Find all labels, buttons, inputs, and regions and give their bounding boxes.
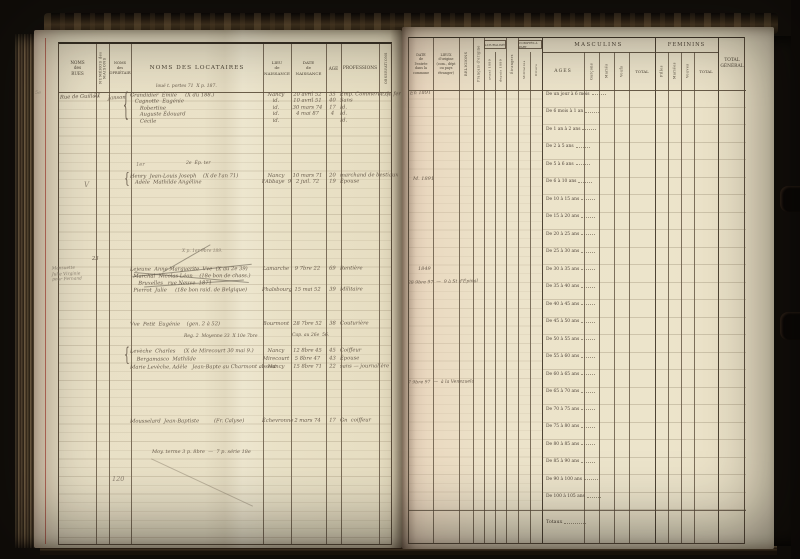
age-bracket-label: De 90 à 100 ans (546, 477, 582, 482)
header-comptes-divers: Divers (530, 50, 542, 90)
age-bracket-row: De 100 à 105 ans (542, 493, 746, 511)
header-religions: RELIGIONS (459, 40, 473, 88)
header-mariees: Mariées (668, 54, 681, 88)
age-bracket-row: De 65 à 70 ans (542, 388, 746, 406)
header-professions: PROFESSIONS (341, 44, 379, 92)
dotted-leader (581, 232, 595, 236)
birthdate-cell: 2 juil. 72 (290, 179, 325, 186)
age-bracket-label: De 85 à 90 ans (546, 459, 579, 464)
dotted-leader (581, 442, 595, 446)
red-margin-rule (45, 38, 46, 544)
age-bracket-label: De 55 à 60 ans (546, 354, 579, 359)
dotted-leader (581, 459, 595, 463)
header-masculins: MASCULINS (542, 38, 655, 52)
birthplace-cell: Échevronne (262, 418, 290, 425)
profession-cell: sans — journalière (340, 364, 392, 372)
age-bracket-row: De 25 à 30 ans (542, 248, 746, 266)
age-bracket-label: De 30 à 35 ans (546, 267, 579, 272)
age-bracket-row: De 2 à 5 ans (542, 143, 746, 161)
dotted-leader (581, 249, 595, 253)
age-cell (325, 117, 340, 123)
right-page: DATE de l'entrée dans la commune LIEUX d… (402, 27, 774, 549)
street-pencil-note: Mansuette Julie Virginie pour Fernand (52, 265, 82, 283)
tenant-name-cell: Mousselard Jean-Baptiste (Fr. Calyse) (130, 418, 262, 425)
header-naturalises-group: NATURALISÉS (484, 40, 506, 49)
dotted-leader (587, 494, 601, 498)
age-bracket-label: De 65 à 70 ans (546, 389, 579, 394)
tenant-row: Vve Petit Eugénie (gen. 2 à 52) Bourmont… (130, 320, 392, 328)
age-bracket-label: De un jour à 6 mois (546, 92, 590, 97)
header-naturalises-depuis: depuis 1889 (495, 50, 506, 90)
age-bracket-label: De 40 à 45 ans (546, 302, 579, 307)
age-cell: 43 (325, 356, 340, 364)
dotted-leader (585, 109, 599, 113)
dotted-leader (576, 144, 590, 148)
birthdate-cell: 28 7bre 52 (290, 321, 325, 328)
margin-annotation: Reg. 2 Moyenne 33 X 10e 7bre (184, 334, 258, 340)
birthdate-cell: 15 mai 52 (290, 286, 325, 293)
age-bracket-label: De 70 à 75 ans (546, 407, 579, 412)
header-feminins: FEMININS (655, 38, 718, 52)
age-bracket-row: De 35 à 40 ans (542, 283, 746, 301)
right-table: DATE de l'entrée dans la commune LIEUX d… (408, 37, 745, 544)
header-comptes-group: COMPTÉS À PART (518, 40, 542, 49)
header-noms-proprietaires: NOMS des PROPRIÉTAIRES (109, 44, 131, 92)
age-cell: 17 (325, 418, 340, 424)
margin-annotation: 1er (136, 162, 145, 168)
header-maries: Mariés (599, 54, 614, 88)
book-clasp-bottom (780, 312, 800, 340)
age-bracket-row: De 20 à 25 ans (542, 230, 746, 248)
dotted-leader (592, 92, 606, 96)
tenant-row: Cécile id. Id. (130, 117, 392, 125)
age-bracket-label: De 75 à 80 ans (546, 424, 579, 429)
age-bracket-row: De 10 à 15 ans (542, 195, 746, 213)
profession-cell: Id. (340, 117, 392, 124)
dotted-leader (578, 179, 592, 183)
age-bracket-label: De 20 à 25 ans (546, 232, 579, 237)
dotted-leader (581, 337, 595, 341)
check-mark: V (84, 182, 89, 188)
header-numeros-maisons: NUMÉROS des MAISONS (96, 46, 109, 90)
age-cell: 38 (325, 321, 340, 327)
age-bracket-row: De 30 à 35 ans (542, 265, 746, 283)
age-bracket-row: De 15 à 20 ans (542, 213, 746, 231)
header-total-masculins: TOTAL (629, 52, 655, 90)
age-bracket-label: De 6 mois à 1 an (546, 109, 583, 114)
header-garcons: Garçons (584, 54, 599, 88)
gutter-shadow (390, 27, 416, 549)
dotted-leader (582, 127, 596, 131)
family-block: Levèche Charles (X de Mirecourt 30 mai 9… (130, 347, 392, 373)
dotted-leader (584, 477, 598, 481)
age-bracket-label: De 35 à 40 ans (546, 284, 579, 289)
age-bracket-label: De 45 à 50 ans (546, 319, 579, 324)
header-lieu-naissance: LIEU de NAISSANCE (263, 44, 291, 92)
age-bracket-row: De 6 mois à 1 an (542, 108, 746, 126)
age-bracket-row: De 40 à 45 ans (542, 300, 746, 318)
family-block: Vve Petit Eugénie (gen. 2 à 52) Bourmont… (130, 320, 392, 328)
book-cover-edge (791, 0, 800, 559)
birthplace-cell: Nancy (262, 348, 290, 356)
totals-row: Totaux (546, 520, 586, 525)
family-brace: { (124, 171, 130, 188)
age-bracket-row: De 1 an à 2 ans (542, 125, 746, 143)
age-bracket-rows: De un jour à 6 mois De 6 mois à 1 an De … (542, 90, 746, 510)
header-age: AGE (326, 44, 341, 92)
age-bracket-row: De 55 à 60 ans (542, 353, 746, 371)
birthplace-cell: Phalsbourg (262, 287, 290, 294)
header-ages: AGES (542, 52, 584, 90)
header-comptes-militaires: Militaires (518, 50, 530, 90)
house-number-entry: 21 (94, 93, 101, 99)
age-cell: 19 (325, 179, 340, 185)
dotted-leader (581, 284, 595, 288)
corner-mark: 5e (35, 90, 41, 96)
margin-annotation: Cap. au 26e 56. (292, 333, 329, 339)
totals-separator (409, 510, 746, 511)
age-cell: 39 (325, 286, 340, 293)
dotted-leader (576, 162, 590, 166)
dotted-leader (581, 354, 595, 358)
dotted-leader (564, 520, 586, 524)
margin-annotation: 2e Ép. ter (186, 161, 211, 167)
profession-cell: Militaire (340, 286, 392, 293)
tenant-row: Mousselard Jean-Baptiste (Fr. Calyse) Éc… (130, 417, 392, 425)
age-bracket-label: De 2 à 5 ans (546, 144, 574, 149)
age-bracket-row: De un jour à 6 mois (542, 90, 746, 108)
dotted-leader (581, 407, 595, 411)
family-brace: { (124, 346, 130, 367)
age-bracket-row: De 5 à 6 ans (542, 160, 746, 178)
age-bracket-label: De 50 à 55 ans (546, 337, 579, 342)
age-bracket-label: De 25 à 30 ans (546, 249, 579, 254)
age-bracket-label: De 100 à 105 ans (546, 494, 585, 499)
age-bracket-row: De 85 à 90 ans (542, 458, 746, 476)
dotted-leader (581, 424, 595, 428)
age-bracket-label: De 60 à 65 ans (546, 372, 579, 377)
age-bracket-row: De 80 à 85 ans (542, 440, 746, 458)
dotted-leader (581, 214, 595, 218)
birthplace-cell: id. (262, 117, 290, 124)
birthplace-cell: Nancy (262, 364, 290, 372)
tenant-name-cell: Vve Petit Eugénie (gen. 2 à 52) (130, 321, 262, 328)
family-block: Grandidier Émile (X du 188.) Nancy 20 av… (130, 91, 392, 124)
age-bracket-label: De 6 à 10 ans (546, 179, 576, 184)
left-page: NOMS des RUES NUMÉROS des MAISONS NOMS d… (34, 30, 402, 548)
age-bracket-row: De 6 à 10 ans (542, 178, 746, 196)
header-total-general: TOTAL GÉNÉRAL (718, 38, 746, 90)
page-stack-left (15, 34, 35, 548)
page-stack-right (773, 36, 792, 546)
birthdate-cell: 15 8bre 71 (290, 364, 325, 372)
ledger-ruling (409, 90, 542, 510)
tenant-row: Pierrot Julie (18e bon raid. de Belgique… (130, 286, 392, 294)
entry-year-mark: M. 1891 (413, 176, 434, 182)
header-lieux-origine: LIEUX d'origine (com., dépt ou pays étra… (433, 38, 459, 90)
age-cell: 22 (325, 364, 340, 372)
dotted-leader (581, 267, 595, 271)
family-block: Mousselard Jean-Baptiste (Fr. Calyse) Éc… (130, 417, 392, 425)
entry-year-mark: 1849 (418, 266, 431, 272)
age-bracket-label: De 5 à 6 ans (546, 162, 574, 167)
birthdate-cell: 5 8bre 47 (290, 356, 325, 364)
entry-note: 7 9bre 97 — à la Venezuela (408, 379, 474, 387)
profession-cell: Couturière (340, 320, 392, 327)
header-veufs: Veufs (614, 54, 629, 88)
header-total-feminins: TOTAL (694, 52, 718, 90)
book-clasp-top (780, 186, 800, 212)
margin-annotation: loué t. portes 71 X p. 187. (156, 84, 217, 90)
family-block: Henry Jean-Louis Joseph (X de l'an 71) N… (130, 172, 392, 186)
birthdate-cell: 12 8bre 45 (290, 348, 325, 356)
dotted-leader (581, 302, 595, 306)
house-number-entry: 23 (92, 256, 99, 262)
birthdate-cell: 2 mars 74 (290, 418, 325, 425)
tenant-name-cell: Pierrot Julie (18e bon raid. de Belgique… (130, 287, 262, 295)
age-bracket-label: De 80 à 85 ans (546, 442, 579, 447)
header-veuves: Veuves (681, 54, 694, 88)
age-bracket-row: De 45 à 50 ans (542, 318, 746, 336)
totals-label: Totaux (546, 520, 562, 525)
birthplace-cell: l'Abbaye 9 (262, 179, 290, 186)
age-bracket-row: De 90 à 100 ans (542, 475, 746, 493)
profession-cell: Épouse (340, 179, 392, 186)
header-date-naissance: DATE de NAISSANCE (291, 44, 326, 92)
dotted-leader (581, 389, 595, 393)
header-filles: Filles (655, 54, 668, 88)
age-bracket-row: De 50 à 55 ans (542, 335, 746, 353)
dotted-leader (581, 197, 595, 201)
profession-cell: Gn coiffeur (340, 417, 392, 424)
census-register-scan: NOMS des RUES NUMÉROS des MAISONS NOMS d… (0, 0, 800, 559)
tenant-name-cell: Adèle Mathilde Angéline (130, 179, 262, 186)
pencil-number: 120 (112, 476, 124, 482)
header-naturalises-avant: avant 1889 (484, 50, 495, 90)
family-block: Lejeune Anne Marguerite Vve (X au 2e 39)… (130, 265, 392, 294)
age-bracket-row: De 60 à 65 ans (542, 370, 746, 388)
header-etrangers: Étrangers (506, 40, 518, 88)
family-brace: { (123, 91, 129, 125)
tenant-row: Marie Levèche, Adèle Jean-Bapte au Charm… (130, 364, 392, 374)
dotted-leader (581, 372, 595, 376)
dotted-leader (581, 319, 595, 323)
age-bracket-row: De 70 à 75 ans (542, 405, 746, 423)
age-cell: 45 (325, 348, 340, 356)
birthplace-cell: Bourmont (262, 321, 290, 328)
header-francais-origine: Français d'origine (473, 40, 484, 88)
age-bracket-label: De 15 à 20 ans (546, 214, 579, 219)
tenant-row: Adèle Mathilde Angéline l'Abbaye 9 2 jui… (130, 179, 392, 187)
age-bracket-label: De 1 an à 2 ans (546, 127, 580, 132)
mid-page-note: Moy. terme 3 p. 8bre — 7 p. série 18e (152, 449, 251, 455)
profession-cell: Coiffeur (340, 347, 392, 355)
age-bracket-label: De 10 à 15 ans (546, 197, 579, 202)
age-bracket-row: De 75 à 80 ans (542, 423, 746, 441)
tenant-name-cell: Marie Levèche, Adèle Jean-Bapte au Charm… (130, 364, 262, 373)
tenant-name-cell: Cécile (130, 118, 262, 125)
ledger-ruling (59, 92, 391, 544)
header-noms-rues: NOMS des RUES (59, 44, 96, 92)
birthdate-cell (290, 117, 325, 124)
